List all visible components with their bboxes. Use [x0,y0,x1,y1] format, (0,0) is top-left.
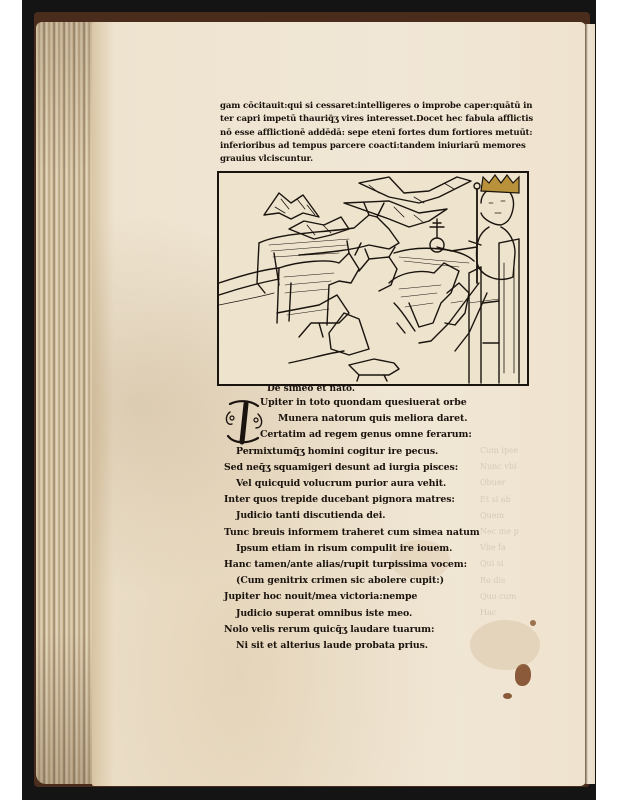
verse-line: Nolo velis rerum quicq̄ʒ laudare tuarum: [224,622,524,638]
verse-line: Judicio tanti discutienda dei. [224,508,524,524]
page-gutter [585,24,595,784]
page-stack-edge [36,22,94,784]
verse-line: Inter quos trepide ducebant pignora matr… [224,492,524,508]
prose-line: gam cōcitauit:qui si cessaret:intelliger… [220,100,532,113]
verse-line: Judicio superat omnibus iste meo. [224,606,524,622]
verse-line: Hanc tamen/ante alias/rupit turpissima v… [224,557,524,573]
verse-line: Sed neq̄ʒ squamigeri desunt ad iurgia pi… [224,460,524,476]
prose-line: grauius vlciscuntur. [220,153,532,166]
prose-line: inferioribus ad tempus parcere coacti:ta… [220,140,532,153]
prose-paragraph: gam cōcitauit:qui si cessaret:intelliger… [220,100,532,166]
prose-line: ter capri impetū thauriq̄ʒ vires interes… [220,113,532,126]
crown-icon [481,175,519,193]
verse-line: Jupiter hoc nouit/mea victoria:nempe [224,589,524,605]
verse-line: Upiter in toto quondam quesiuerat orbe [224,395,524,411]
woodcut-illustration [217,171,529,386]
ink-stain-small [503,693,512,699]
verse-line: Tunc breuis informem traheret cum simea … [224,525,524,541]
woodcut-drawing [219,173,527,384]
verse-line: Ni sit et alterius laude probata prius. [224,638,524,654]
fable-title: De simeo et nato. [0,384,618,394]
verse-line: (Cum genitrix crimen sic abolere cupit:) [224,573,524,589]
verse-line: Permixtumq̄ʒ homini cogitur ire pecus. [224,444,524,460]
verse-block: Upiter in toto quondam quesiuerat orbe M… [224,395,524,654]
verse-line: Vel quicquid volucrum purior aura vehit. [224,476,524,492]
prose-line: nō esse afflictionē addēdā: sepe etenī f… [220,127,532,140]
verse-line: Ipsum etiam in risum compulit ire iouem. [224,541,524,557]
verse-line: Munera natorum quis meliora daret. [224,411,524,427]
verse-line: Certatim ad regem genus omne ferarum: [224,427,524,443]
